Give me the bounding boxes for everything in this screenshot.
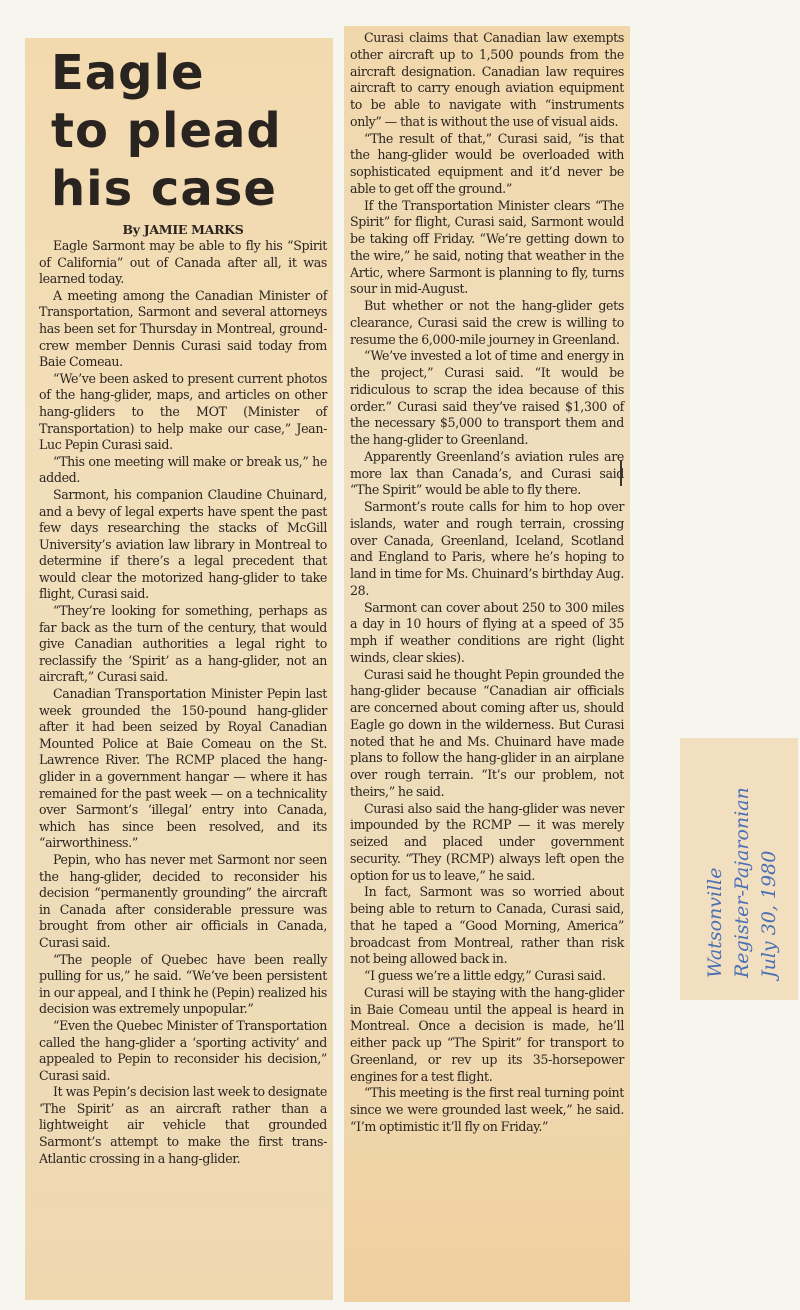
article-paragraph: “I guess we’re a little edgy,” Curasi sa… [350, 968, 624, 985]
article-paragraph: “This one meeting will make or break us,… [39, 454, 327, 487]
article-paragraph: Canadian Transportation Minister Pepin l… [39, 686, 327, 852]
article-paragraph: But whether or not the hang-glider gets … [350, 298, 624, 348]
byline: By JAMIE MARKS [39, 222, 327, 237]
article-paragraph: Sarmont can cover about 250 to 300 miles… [350, 600, 624, 667]
article-paragraph: “This meeting is the first real turning … [350, 1085, 624, 1135]
article-paragraph: A meeting among the Canadian Minister of… [39, 288, 327, 371]
note-line-publication-city: Watsonville [702, 738, 729, 978]
article-paragraph: “We’ve been asked to present current pho… [39, 371, 327, 454]
handwriting: Watsonville Register-Pajaronian July 30,… [680, 738, 798, 1000]
article-paragraph: Sarmont’s route calls for him to hop ove… [350, 499, 624, 600]
clipping-left-column: Eagle to plead his case By JAMIE MARKS E… [25, 38, 333, 1300]
article-paragraph: Eagle Sarmont may be able to fly his “Sp… [39, 238, 327, 288]
article-paragraph: In fact, Sarmont was so worried about be… [350, 884, 624, 968]
pen-mark [620, 460, 622, 486]
headline-line: his case [51, 160, 327, 218]
note-line-publication-name: Register-Pajaronian [729, 738, 756, 978]
article-paragraph: Curasi claims that Canadian law exempts … [350, 30, 624, 131]
article-paragraph: Curasi will be staying with the hang-gli… [350, 985, 624, 1086]
article-paragraph: Apparently Greenland’s aviation rules ar… [350, 449, 624, 499]
article-body-right: Curasi claims that Canadian law exempts … [350, 30, 624, 1136]
article-paragraph: It was Pepin’s decision last week to des… [39, 1084, 327, 1167]
note-line-date: July 30, 1980 [756, 738, 783, 978]
article-paragraph: “They’re looking for something, perhaps … [39, 603, 327, 686]
handwritten-source-note: Watsonville Register-Pajaronian July 30,… [680, 738, 798, 1000]
article-paragraph: Curasi said he thought Pepin grounded th… [350, 667, 624, 801]
article-paragraph: “We’ve invested a lot of time and energy… [350, 348, 624, 449]
article-paragraph: “The people of Quebec have been really p… [39, 952, 327, 1018]
clipping-right-column: Curasi claims that Canadian law exempts … [344, 26, 630, 1302]
article-paragraph: Sarmont, his companion Claudine Chuinard… [39, 487, 327, 603]
headline-line: Eagle [51, 44, 327, 102]
article-paragraph: Pepin, who has never met Sarmont nor see… [39, 852, 327, 952]
article-body-left: Eagle Sarmont may be able to fly his “Sp… [39, 238, 327, 1167]
article-paragraph: Curasi also said the hang-glider was nev… [350, 801, 624, 885]
article-paragraph: “The result of that,” Curasi said, “is t… [350, 131, 624, 198]
article-paragraph: If the Transportation Minister clears “T… [350, 198, 624, 299]
headline-line: to plead [51, 102, 327, 160]
article-paragraph: “Even the Quebec Minister of Transportat… [39, 1018, 327, 1084]
headline: Eagle to plead his case [51, 44, 327, 218]
